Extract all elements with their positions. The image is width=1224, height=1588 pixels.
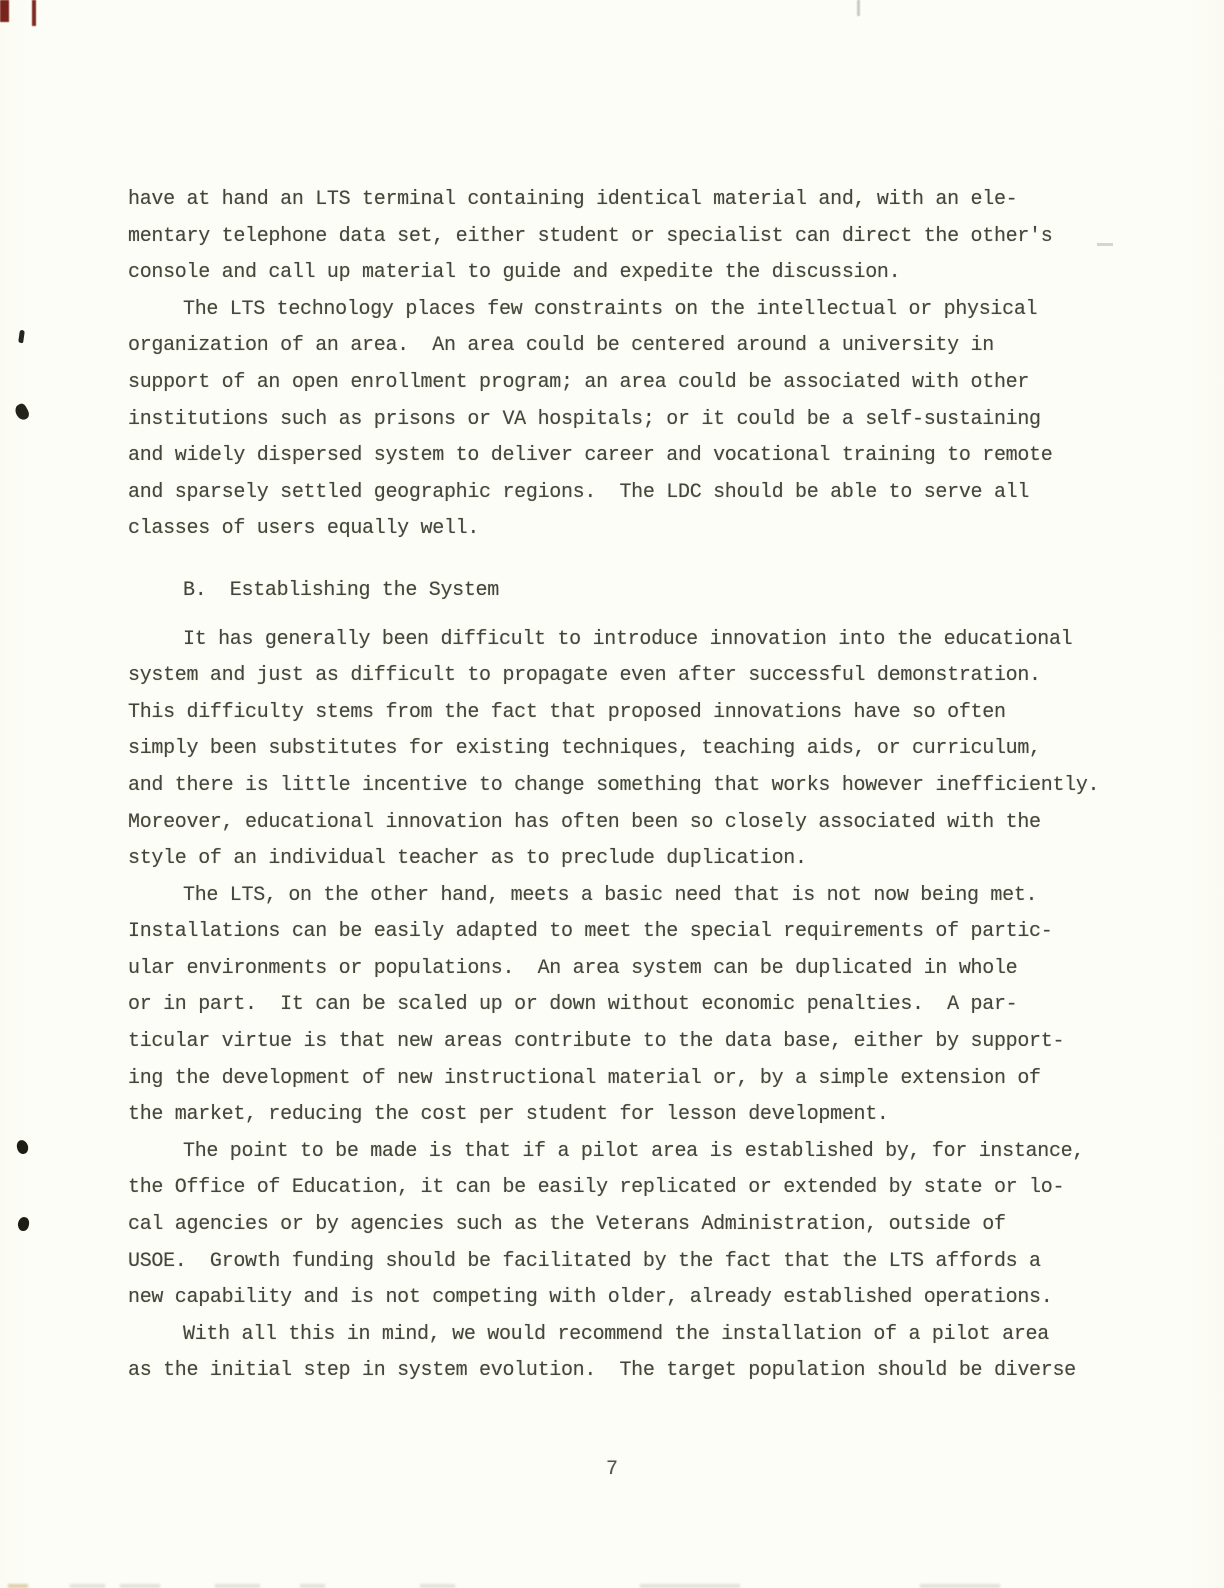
margin-ink-mark-2 (13, 402, 31, 422)
text-line: Moreover, educational innovation has oft… (128, 805, 1138, 842)
text-line: or in part. It can be scaled up or down … (128, 987, 1138, 1024)
bottom-edge-smudge (120, 1584, 160, 1588)
text-line: USOE. Growth funding should be facilitat… (128, 1244, 1138, 1281)
bottom-edge-smudge (70, 1584, 105, 1588)
text-line: The LTS technology places few constraint… (128, 292, 1138, 329)
bottom-edge-smudge (420, 1584, 455, 1588)
text-line: ticular virtue is that new areas contrib… (128, 1024, 1138, 1061)
text-line: ing the development of new instructional… (128, 1061, 1138, 1098)
text-line: classes of users equally well. (128, 511, 1138, 548)
text-line: console and call up material to guide an… (128, 255, 1138, 292)
margin-ink-mark-4 (17, 1216, 30, 1232)
section-heading: B. Establishing the System (128, 573, 1138, 610)
margin-ink-mark-3 (15, 1139, 29, 1155)
text-line: organization of an area. An area could b… (128, 328, 1138, 365)
bottom-edge-smudge (920, 1584, 1000, 1588)
text-line: mentary telephone data set, either stude… (128, 219, 1138, 256)
document-text: have at hand an LTS terminal containing … (128, 182, 1138, 1390)
text-line: system and just as difficult to propagat… (128, 658, 1138, 695)
text-line: ular environments or populations. An are… (128, 951, 1138, 988)
text-line: It has generally been difficult to intro… (128, 622, 1138, 659)
paragraph: The point to be made is that if a pilot … (128, 1134, 1138, 1317)
text-line: simply been substitutes for existing tec… (128, 731, 1138, 768)
bottom-edge-smudge (300, 1584, 325, 1588)
text-line: The point to be made is that if a pilot … (128, 1134, 1138, 1171)
text-line: and widely dispersed system to deliver c… (128, 438, 1138, 475)
bottom-edge-smudge (215, 1584, 260, 1588)
text-line: institutions such as prisons or VA hospi… (128, 402, 1138, 439)
text-line: new capability and is not competing with… (128, 1280, 1138, 1317)
paragraph: With all this in mind, we would recommen… (128, 1317, 1138, 1390)
text-line: support of an open enrollment program; a… (128, 365, 1138, 402)
text-line: With all this in mind, we would recommen… (128, 1317, 1138, 1354)
margin-ink-mark-1 (18, 330, 25, 344)
paragraph: have at hand an LTS terminal containing … (128, 182, 1138, 292)
scan-corner-line (32, 0, 36, 26)
bottom-edge-smudge (8, 1584, 28, 1588)
scan-corner-mark (0, 0, 9, 22)
text-line: the market, reducing the cost per studen… (128, 1097, 1138, 1134)
scan-fold-line (857, 0, 860, 16)
scanned-page: { "page": { "number": "7" }, "colors": {… (0, 0, 1224, 1588)
text-line: The LTS, on the other hand, meets a basi… (128, 878, 1138, 915)
paragraph: It has generally been difficult to intro… (128, 622, 1138, 878)
paragraph: The LTS technology places few constraint… (128, 292, 1138, 548)
bottom-edge-smudge (640, 1584, 740, 1588)
text-line: cal agencies or by agencies such as the … (128, 1207, 1138, 1244)
text-line: have at hand an LTS terminal containing … (128, 182, 1138, 219)
text-line: as the initial step in system evolution.… (128, 1353, 1138, 1390)
text-line: the Office of Education, it can be easil… (128, 1170, 1138, 1207)
text-line: and there is little incentive to change … (128, 768, 1138, 805)
document-page: have at hand an LTS terminal containing … (0, 0, 1224, 1588)
page-number: 7 (0, 1458, 1224, 1481)
text-line: This difficulty stems from the fact that… (128, 695, 1138, 732)
text-line: and sparsely settled geographic regions.… (128, 475, 1138, 512)
text-line: style of an individual teacher as to pre… (128, 841, 1138, 878)
paragraph: The LTS, on the other hand, meets a basi… (128, 878, 1138, 1134)
text-line: Installations can be easily adapted to m… (128, 914, 1138, 951)
text-line: B. Establishing the System (128, 573, 1138, 610)
